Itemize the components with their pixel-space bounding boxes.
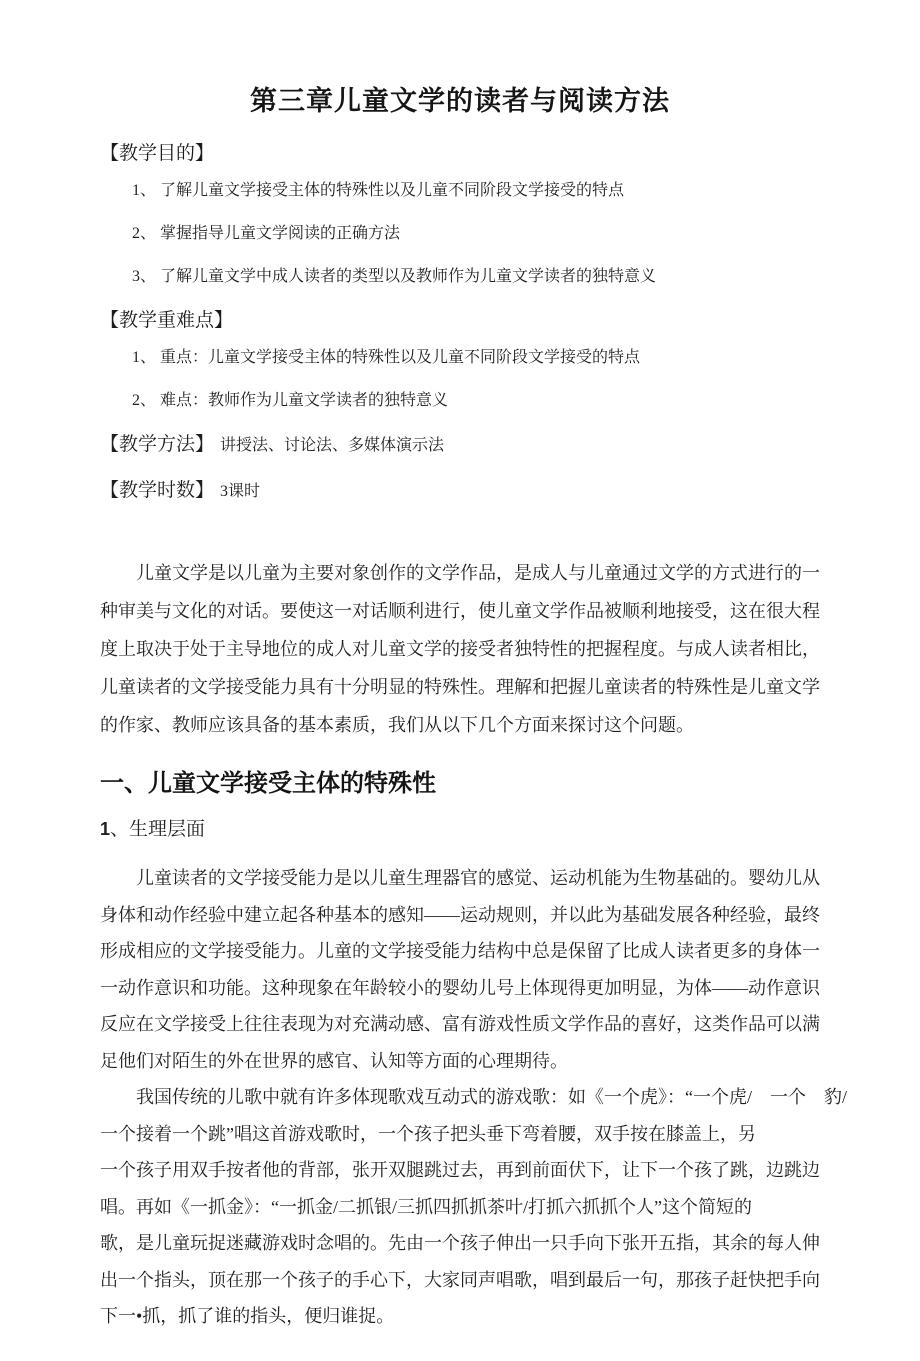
text-line: 2、 难点：教师作为儿童文学读者的独特意义 xyxy=(100,390,820,412)
text-line: 一个接着一个跳”唱这首游戏歌时，一个孩子把头垂下弯着腰，双手按在膝盖上，另 xyxy=(100,1116,820,1153)
document-title: 第三章儿童文学的读者与阅读方法 xyxy=(100,84,820,118)
section1-paragraph-2: 我国传统的儿歌中就有许多体现歌戏互动式的游戏歌：如《一个虎》：“一个虎/ 一个 … xyxy=(100,1079,820,1335)
text-line: 2、 掌握指导儿童文学阅读的正确方法 xyxy=(100,223,820,245)
subsection1-heading: 1、生理层面 xyxy=(100,816,820,844)
text-line: 度上取决于处于主导地位的成人对儿童文学的接受者独特性的把握程度。与成人读者相比， xyxy=(100,630,820,668)
section1-paragraph-1: 儿童读者的文学接受能力是以儿童生理器官的感觉、运动机能为生物基础的。婴幼儿从身体… xyxy=(100,860,820,1079)
teaching-hours-value: 3课时 xyxy=(220,483,260,500)
key-difficulties-list: 1、 重点：儿童文学接受主体的特殊性以及儿童不同阶段文学接受的特点2、 难点：教… xyxy=(100,347,820,412)
text-line: 的作家、教师应该具备的基本素质，我们从以下几个方面来探讨这个问题。 xyxy=(100,706,820,744)
text-line: 一动作意识和功能。这种现象在年龄较小的婴幼儿号上体现得更加明显，为体——动作意识 xyxy=(100,970,820,1007)
text-line: 足他们对陌生的外在世界的感官、认知等方面的心理期待。 xyxy=(100,1043,820,1080)
text-line: 儿童读者的文学接受能力具有十分明显的特殊性。理解和把握儿童读者的特殊性是儿童文学 xyxy=(100,668,820,706)
teaching-hours-label: 【教学时数】 xyxy=(100,480,214,501)
text-line: 出一个指头，顶在那一个孩子的手心下，大家同声唱歌，唱到最后一句，那孩子赶快把手向 xyxy=(100,1262,820,1299)
teaching-method-label: 【教学方法】 xyxy=(100,434,214,455)
document-page: 第三章儿童文学的读者与阅读方法 【教学目的】 1、 了解儿童文学接受主体的特殊性… xyxy=(0,0,920,1361)
text-line: 1、 重点：儿童文学接受主体的特殊性以及儿童不同阶段文学接受的特点 xyxy=(100,347,820,369)
text-line: 儿童文学是以儿童为主要对象创作的文学作品，是成人与儿童通过文学的方式进行的一 xyxy=(100,554,820,592)
text-line: 3、 了解儿童文学中成人读者的类型以及教师作为儿童文学读者的独特意义 xyxy=(100,266,820,288)
objectives-heading: 【教学目的】 xyxy=(100,142,820,166)
text-line: 1、 了解儿童文学接受主体的特殊性以及儿童不同阶段文学接受的特点 xyxy=(100,180,820,202)
text-line: 歌，是儿童玩捉迷藏游戏时念唱的。先由一个孩子伸出一只手向下张开五指，其余的每人伸 xyxy=(100,1225,820,1262)
section-objectives: 【教学目的】 1、 了解儿童文学接受主体的特殊性以及儿童不同阶段文学接受的特点2… xyxy=(100,142,820,288)
subsection1-title: 、生理层面 xyxy=(110,819,205,840)
teaching-method-value: 讲授法、讨论法、多媒体演示法 xyxy=(220,437,444,454)
text-line: 身体和动作经验中建立起各种基本的感知——运动规则，并以此为基础发展各种经验，最终 xyxy=(100,897,820,934)
text-line: 唱。再如《一抓金》：“一抓金/二抓银/三抓四抓抓茶叶/打抓六抓抓个人”这个简短的 xyxy=(100,1189,820,1226)
key-difficulties-heading: 【教学重难点】 xyxy=(100,309,820,333)
objectives-list: 1、 了解儿童文学接受主体的特殊性以及儿童不同阶段文学接受的特点2、 掌握指导儿… xyxy=(100,180,820,288)
teaching-hours-line: 【教学时数】3课时 xyxy=(100,479,820,504)
subsection1-number: 1 xyxy=(100,819,110,839)
text-line: 下一•抓，抓了谁的指头，便归谁捉。 xyxy=(100,1298,820,1335)
teaching-method-line: 【教学方法】讲授法、讨论法、多媒体演示法 xyxy=(100,433,820,458)
text-line: 儿童读者的文学接受能力是以儿童生理器官的感觉、运动机能为生物基础的。婴幼儿从 xyxy=(100,860,820,897)
section1-heading: 一、儿童文学接受主体的特殊性 xyxy=(100,768,820,800)
text-line: 反应在文学接受上往往表现为对充满动感、富有游戏性质文学作品的喜好，这类作品可以满 xyxy=(100,1006,820,1043)
text-line: 种审美与文化的对话。要使这一对话顺利进行，使儿童文学作品被顺利地接受，这在很大程 xyxy=(100,592,820,630)
text-line: 形成相应的文学接受能力。儿童的文学接受能力结构中总是保留了比成人读者更多的身体一 xyxy=(100,933,820,970)
section-key-difficulties: 【教学重难点】 1、 重点：儿童文学接受主体的特殊性以及儿童不同阶段文学接受的特… xyxy=(100,309,820,412)
text-line: 一个孩子用双手按者他的背部，张开双腿跳过去，再到前面伏下，让下一个孩了跳，边跳边 xyxy=(100,1152,820,1189)
intro-paragraph: 儿童文学是以儿童为主要对象创作的文学作品，是成人与儿童通过文学的方式进行的一种审… xyxy=(100,554,820,744)
text-line: 我国传统的儿歌中就有许多体现歌戏互动式的游戏歌：如《一个虎》：“一个虎/ 一个 … xyxy=(100,1079,820,1116)
